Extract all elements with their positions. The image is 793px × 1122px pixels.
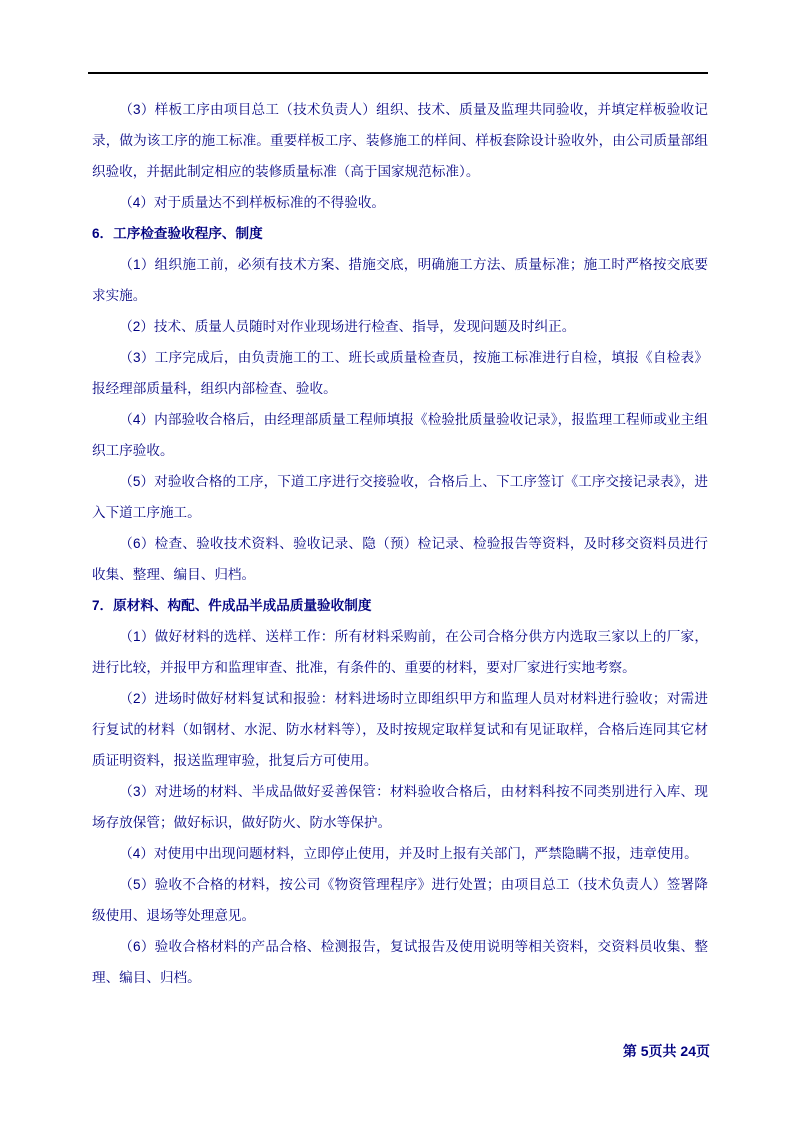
section-heading: 6．工序检查验收程序、制度 <box>92 218 708 249</box>
paragraph: （2）进场时做好材料复试和报验：材料进场时立即组织甲方和监理人员对材料进行验收；… <box>92 683 708 776</box>
document-body: （3）样板工序由项目总工（技术负责人）组织、技术、质量及监理共同验收，并填定样板… <box>92 94 708 993</box>
paragraph: （6）检查、验收技术资料、验收记录、隐（预）检记录、检验报告等资料，及时移交资料… <box>92 528 708 590</box>
paragraph: （4）对使用中出现问题材料，立即停止使用，并及时上报有关部门，严禁隐瞒不报，违章… <box>92 838 708 869</box>
paragraph: （5）验收不合格的材料，按公司《物资管理程序》进行处置；由项目总工（技术负责人）… <box>92 869 708 931</box>
paragraph: （6）验收合格材料的产品合格、检测报告，复试报告及使用说明等相关资料，交资料员收… <box>92 931 708 993</box>
paragraph: （1）组织施工前，必须有技术方案、措施交底，明确施工方法、质量标准；施工时严格按… <box>92 249 708 311</box>
paragraph: （4）对于质量达不到样板标准的不得验收。 <box>92 187 708 218</box>
header-rule <box>88 72 708 74</box>
paragraph: （2）技术、质量人员随时对作业现场进行检查、指导，发现问题及时纠正。 <box>92 311 708 342</box>
paragraph: （1）做好材料的选样、送样工作：所有材料采购前，在公司合格分供方内选取三家以上的… <box>92 621 708 683</box>
page-number: 第 5页共 24页 <box>0 1041 710 1061</box>
paragraph: （3）工序完成后，由负责施工的工、班长或质量检查员，按施工标准进行自检，填报《自… <box>92 342 708 404</box>
section-heading: 7．原材料、构配、件成品半成品质量验收制度 <box>92 590 708 621</box>
paragraph: （3）对进场的材料、半成品做好妥善保管：材料验收合格后，由材料科按不同类别进行入… <box>92 776 708 838</box>
paragraph: （3）样板工序由项目总工（技术负责人）组织、技术、质量及监理共同验收，并填定样板… <box>92 94 708 187</box>
paragraph: （5）对验收合格的工序，下道工序进行交接验收，合格后上、下工序签订《工序交接记录… <box>92 466 708 528</box>
paragraph: （4）内部验收合格后，由经理部质量工程师填报《检验批质量验收记录》，报监理工程师… <box>92 404 708 466</box>
